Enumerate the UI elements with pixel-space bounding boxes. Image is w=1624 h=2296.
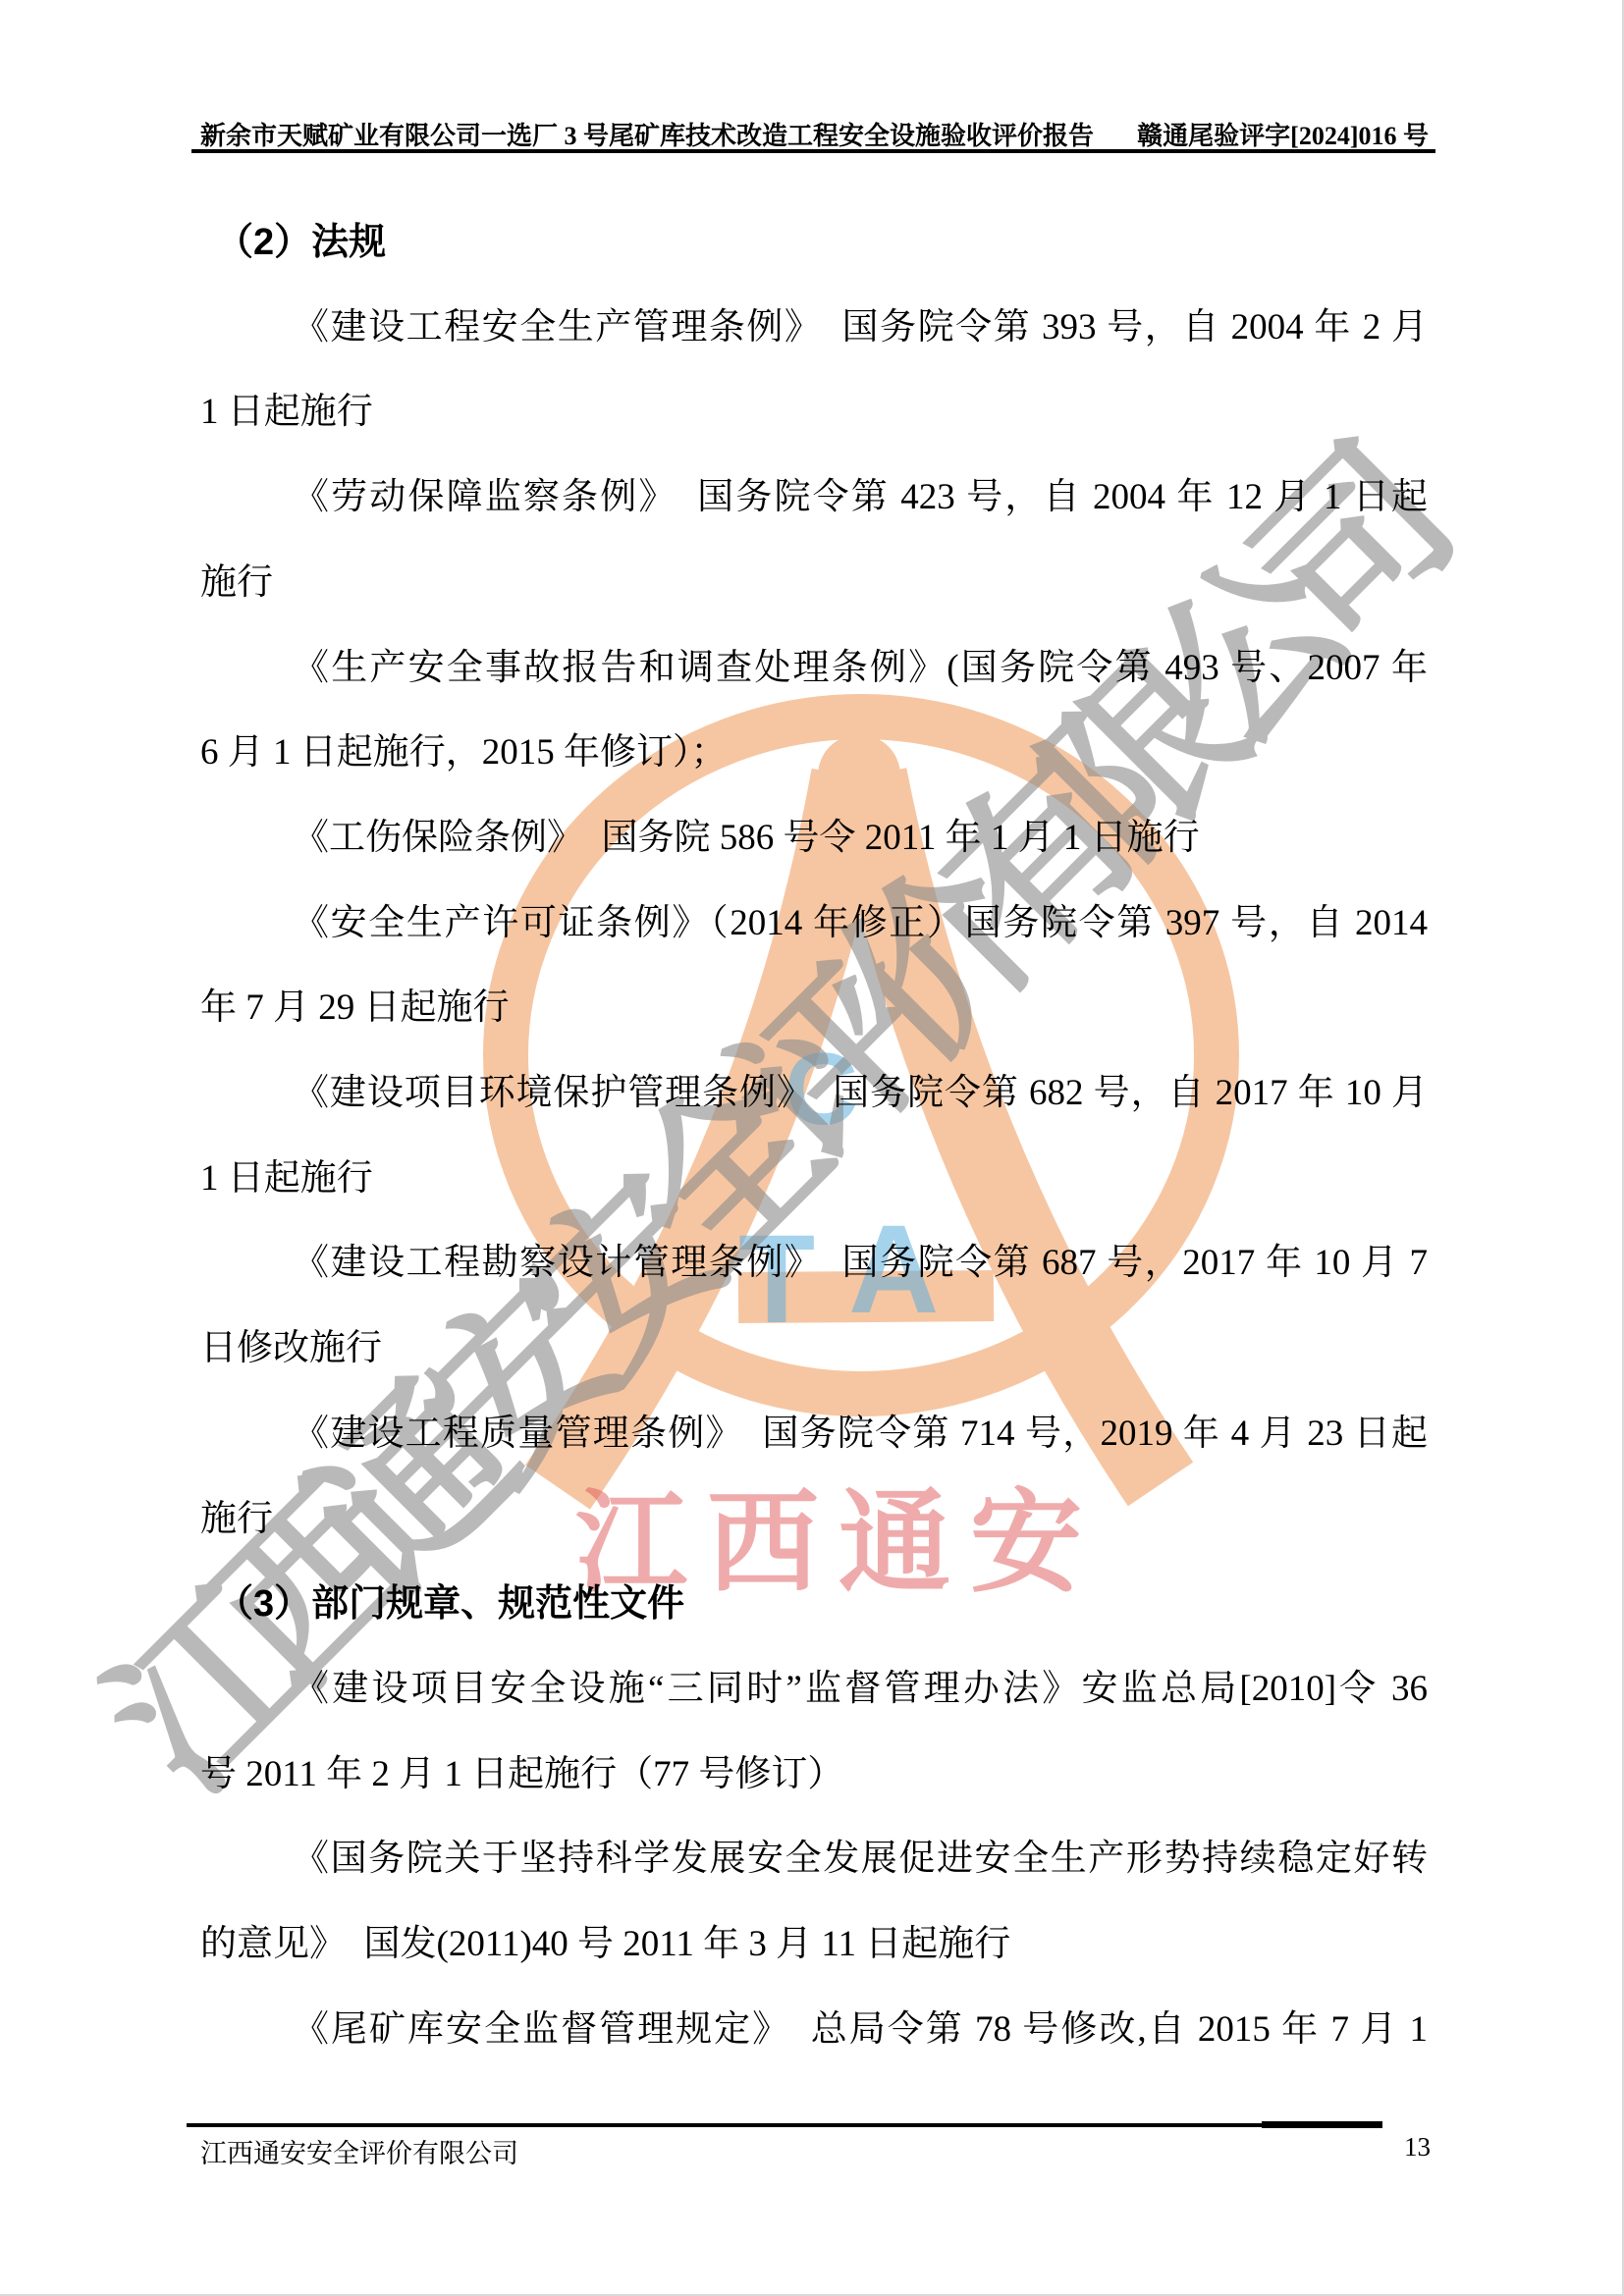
- body-line: 的意见》 国发(2011)40 号 2011 年 3 月 11 日起施行: [200, 1922, 1428, 1967]
- body-line: 号 2011 年 2 月 1 日起施行（77 号修订）: [200, 1752, 1428, 1797]
- document-page: C T A 江西通安 江西通安安全评价有限公司 新余市天赋矿业有限公司一选厂 3…: [0, 0, 1624, 2296]
- body-line: 1 日起施行: [200, 1156, 1428, 1201]
- section-heading: （3）部门规章、规范性文件: [200, 1581, 1428, 1627]
- page-content: 新余市天赋矿业有限公司一选厂 3 号尾矿库技术改造工程安全设施验收评价报告 赣通…: [0, 0, 1622, 2294]
- footer-company-name: 江西通安安全评价有限公司: [200, 2132, 518, 2170]
- body-line: 《生产安全事故报告和调查处理条例》(国务院令第 493 号、2007 年: [200, 646, 1428, 691]
- section-heading: （2）法规: [200, 220, 1428, 265]
- header-rule: [191, 149, 1435, 153]
- body-line: 《建设工程勘察设计管理条例》 国务院令第 687 号，2017 年 10 月 7: [200, 1241, 1428, 1286]
- body-line: 《尾矿库安全监督管理规定》 总局令第 78 号修改,自 2015 年 7 月 1: [200, 2007, 1428, 2053]
- body-line: 施行: [200, 561, 1428, 606]
- body-line: 《建设项目环境保护管理条例》 国务院令第 682 号，自 2017 年 10 月: [200, 1071, 1428, 1116]
- body-line: 年 7 月 29 日起施行: [200, 986, 1428, 1031]
- body-line: 6 月 1 日起施行，2015 年修订）；: [200, 730, 1428, 775]
- body-line: 1 日起施行: [200, 390, 1428, 435]
- body-line: 《建设项目安全设施“三同时”监督管理办法》安监总局[2010]令 36: [200, 1667, 1428, 1712]
- body-line: 《建设工程安全生产管理条例》 国务院令第 393 号，自 2004 年 2 月: [200, 305, 1428, 350]
- footer-rule: [187, 2123, 1382, 2127]
- body-line: 《国务院关于坚持科学发展安全发展促进安全生产形势持续稳定好转: [200, 1837, 1428, 1882]
- body-line: 《工伤保险条例》 国务院 586 号令 2011 年 1 月 1 日施行: [200, 816, 1428, 861]
- body-line: 《建设工程质量管理条例》 国务院令第 714 号，2019 年 4 月 23 日…: [200, 1412, 1428, 1457]
- page-number: 13: [1404, 2132, 1431, 2163]
- body-line: 日修改施行: [200, 1326, 1428, 1371]
- footer-rule-end: [1262, 2121, 1382, 2128]
- header-report-title: 新余市天赋矿业有限公司一选厂 3 号尾矿库技术改造工程安全设施验收评价报告: [200, 116, 1094, 152]
- body-line: 施行: [200, 1497, 1428, 1542]
- header-doc-number: 赣通尾验评字[2024]016 号: [1137, 116, 1429, 152]
- body-line: 《劳动保障监察条例》 国务院令第 423 号，自 2004 年 12 月 1 日…: [200, 475, 1428, 520]
- body-line: 《安全生产许可证条例》（2014 年修正）国务院令第 397 号，自 2014: [200, 901, 1428, 946]
